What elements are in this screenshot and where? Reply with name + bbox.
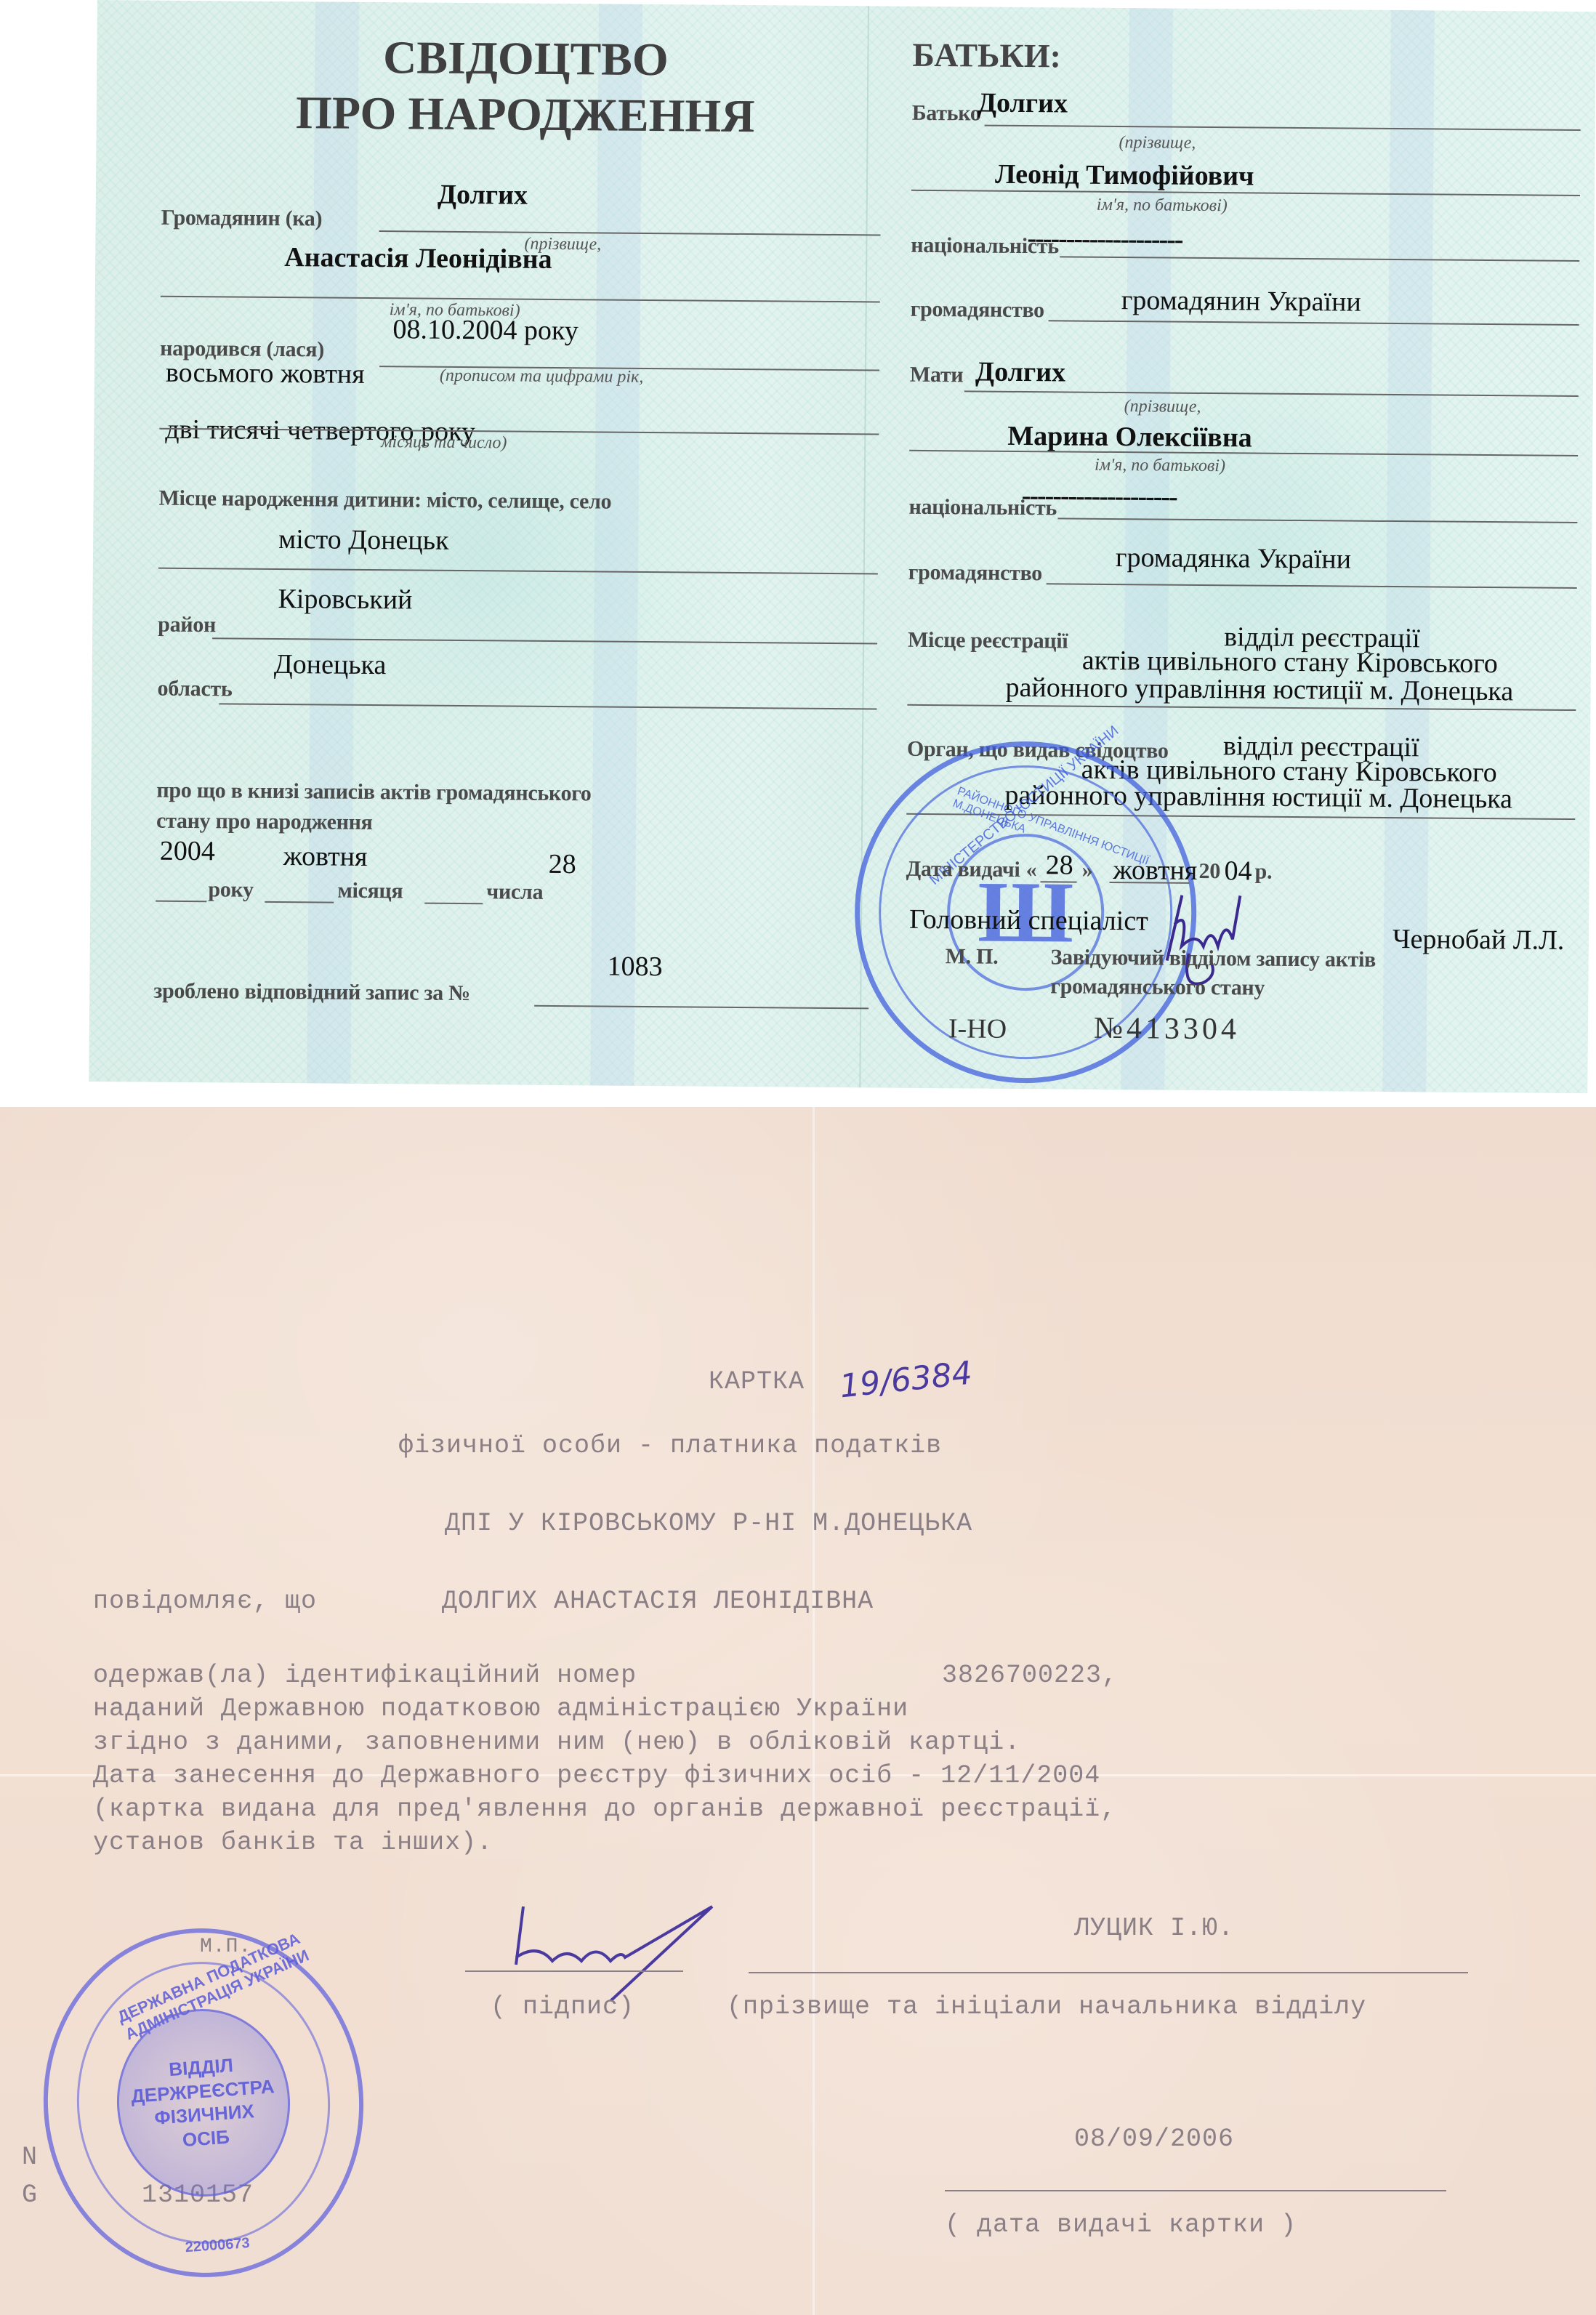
chief-name: ЛУЦИК І.Ю. — [1074, 1914, 1234, 1943]
issuer-office: ДПІ У КІРОВСЬКОМУ Р-НІ М.ДОНЕЦЬКА — [445, 1509, 972, 1538]
father-citizenship-underline — [1049, 320, 1579, 326]
issue-day-underline — [1041, 881, 1077, 882]
birth-date-hint-1: (прописом та цифрами рік, — [440, 366, 644, 387]
father-names-hint: ім'я, по батькові) — [1097, 196, 1228, 216]
region-underline — [219, 703, 876, 709]
father-nationality-label: національність — [911, 233, 1059, 259]
registration-place-line-3: районного управління юстиції м. Донецька — [1005, 672, 1513, 707]
child-given-names: Анастасія Леонідівна — [284, 241, 552, 275]
issue-date-hint: ( дата видачі картки ) — [945, 2210, 1297, 2239]
issue-day: 28 — [1046, 849, 1073, 881]
body-line: (картка видана для пред'явлення до орган… — [93, 1795, 1116, 1824]
father-surname: Долгих — [978, 87, 1068, 120]
mother-citizenship-label: громадянство — [908, 560, 1042, 586]
day-label: числа — [486, 879, 543, 905]
certificate-number: №413304 — [1094, 1011, 1240, 1047]
day-blank — [424, 903, 483, 905]
birthplace-city: місто Донецьк — [278, 523, 449, 557]
district-value: Кіровський — [278, 583, 412, 616]
month-label: місяця — [337, 879, 403, 904]
child-surname: Долгих — [438, 179, 528, 212]
stamp-code: 22000673 — [185, 2235, 250, 2256]
surname-underline — [379, 230, 881, 235]
serial-prefix-g: G — [22, 2181, 38, 2210]
chief-signature — [494, 1899, 727, 2001]
record-month: жовтня — [283, 840, 368, 873]
mother-nationality-label: національність — [908, 495, 1057, 521]
id-number: 3826700223, — [942, 1661, 1118, 1690]
record-text-line-2: стану про народження — [156, 809, 373, 835]
citizen-label: Громадянин (ка) — [161, 206, 323, 232]
body-line: наданий Державною податковою адміністрац… — [93, 1694, 908, 1723]
quote-open: « — [1026, 858, 1037, 882]
birth-certificate: СВІДОЦТВО ПРО НАРОДЖЕННЯ Долгих Громадян… — [89, 0, 1596, 1093]
father-nationality-underline — [1060, 256, 1579, 262]
notifies-prefix: повідомляє, що — [93, 1587, 317, 1616]
region-label: область — [157, 677, 232, 702]
received-label: одержав(ла) ідентифікаційний номер — [93, 1661, 637, 1690]
father-citizenship-label: громадянство — [911, 297, 1044, 323]
record-year: 2004 — [160, 835, 215, 868]
year-blank — [156, 901, 206, 903]
mother-surname: Долгих — [975, 356, 1065, 389]
father-citizenship: громадянин України — [1121, 284, 1361, 318]
parents-heading: БАТЬКИ: — [912, 36, 1061, 76]
mother-citizenship-underline — [1047, 583, 1577, 589]
record-number-underline — [534, 1005, 868, 1010]
card-heading: КАРТКА — [709, 1367, 805, 1396]
body-line: установ банків та інших). — [93, 1828, 493, 1857]
signature-underline — [465, 1970, 683, 1972]
title-line-2: ПРО НАРОДЖЕННЯ — [263, 85, 787, 145]
mother-label: Мати — [910, 363, 964, 388]
birthplace-label: Місце народження дитини: місто, селище, … — [158, 486, 611, 515]
body-line: Дата занесення до Державного реєстру фіз… — [93, 1761, 1100, 1790]
head-title-line-1: Завідуючий відділом запису актів — [1051, 945, 1377, 973]
birth-day-month-words: восьмого жовтня — [166, 357, 365, 390]
tax-office-stamp: ДЕРЖАВНА ПОДАТКОВА АДМІНІСТРАЦІЯ УКРАЇНИ… — [32, 1917, 375, 2288]
mother-surname-underline — [964, 390, 1579, 397]
certificate-right-page: БАТЬКИ: Батько Долгих (прізвище, Леонід … — [861, 6, 1596, 1093]
district-label: район — [158, 613, 216, 638]
certificate-left-page: СВІДОЦТВО ПРО НАРОДЖЕННЯ Долгих Громадян… — [89, 0, 868, 1087]
title-line-1: СВІДОЦТВО — [264, 29, 788, 89]
city-underline — [158, 568, 878, 575]
issue-date-label: Дата видачі — [906, 857, 1020, 882]
seal-label: М. П. — [946, 944, 999, 970]
certificate-series: І-НО — [948, 1012, 1007, 1045]
issue-date-underline — [945, 2190, 1446, 2191]
quote-close: » — [1082, 858, 1093, 883]
birth-date-hint-2: місяць та число) — [381, 432, 507, 453]
mother-names: Марина Олексіївна — [1007, 420, 1252, 454]
mother-surname-hint: (прізвище, — [1124, 397, 1201, 417]
serial-prefix-n: N — [22, 2143, 38, 2172]
signature-hint: ( підпис) — [491, 1992, 634, 2021]
father-surname-underline — [985, 125, 1581, 131]
year-label: року — [208, 877, 254, 902]
mother-names-hint: ім'я, по батькові) — [1095, 456, 1225, 476]
record-number: 1083 — [607, 951, 662, 983]
names-underline — [161, 296, 880, 303]
card-subtitle: фізичної особи - платника податків — [398, 1431, 942, 1460]
record-text-line-1: про що в книзі записів актів громадянськ… — [156, 778, 591, 807]
position-title: Головний спеціаліст — [909, 903, 1148, 938]
issue-date: 08/09/2006 — [1074, 2125, 1234, 2154]
record-number-label: зроблено відповідний запис за № — [153, 979, 470, 1006]
handwritten-card-number: 19/6384 — [838, 1355, 974, 1406]
body-line: згідно з даними, заповненими ним (нею) в… — [93, 1728, 1020, 1757]
father-surname-hint: (прізвище, — [1119, 133, 1196, 153]
certificate-title: СВІДОЦТВО ПРО НАРОДЖЕННЯ — [263, 29, 787, 145]
official-name: Чернобай Л.Л. — [1393, 923, 1565, 957]
name-underline — [749, 1972, 1468, 1973]
registration-place-label: Місце реєстрації — [908, 628, 1068, 654]
head-title-line-2: громадянського стану — [1050, 974, 1265, 1000]
month-blank — [265, 901, 334, 903]
birth-date-numeric: 08.10.2004 року — [392, 313, 579, 347]
region-value: Донецька — [274, 648, 387, 681]
name-hint: (прізвище та ініціали начальника відділу — [727, 1992, 1366, 2021]
taxpayer-card: КАРТКА 19/6384 фізичної особи - платника… — [0, 1107, 1596, 2315]
person-name: ДОЛГИХ АНАСТАСІЯ ЛЕОНІДІВНА — [442, 1587, 874, 1616]
district-underline — [212, 637, 877, 644]
father-label: Батько — [912, 101, 981, 126]
record-day: 28 — [549, 848, 576, 880]
father-names: Леонід Тимофійович — [995, 158, 1254, 193]
stamp-center-line: ОСІБ — [182, 2125, 230, 2151]
mother-nationality-underline — [1057, 518, 1577, 523]
mother-citizenship: громадянка України — [1116, 541, 1351, 576]
